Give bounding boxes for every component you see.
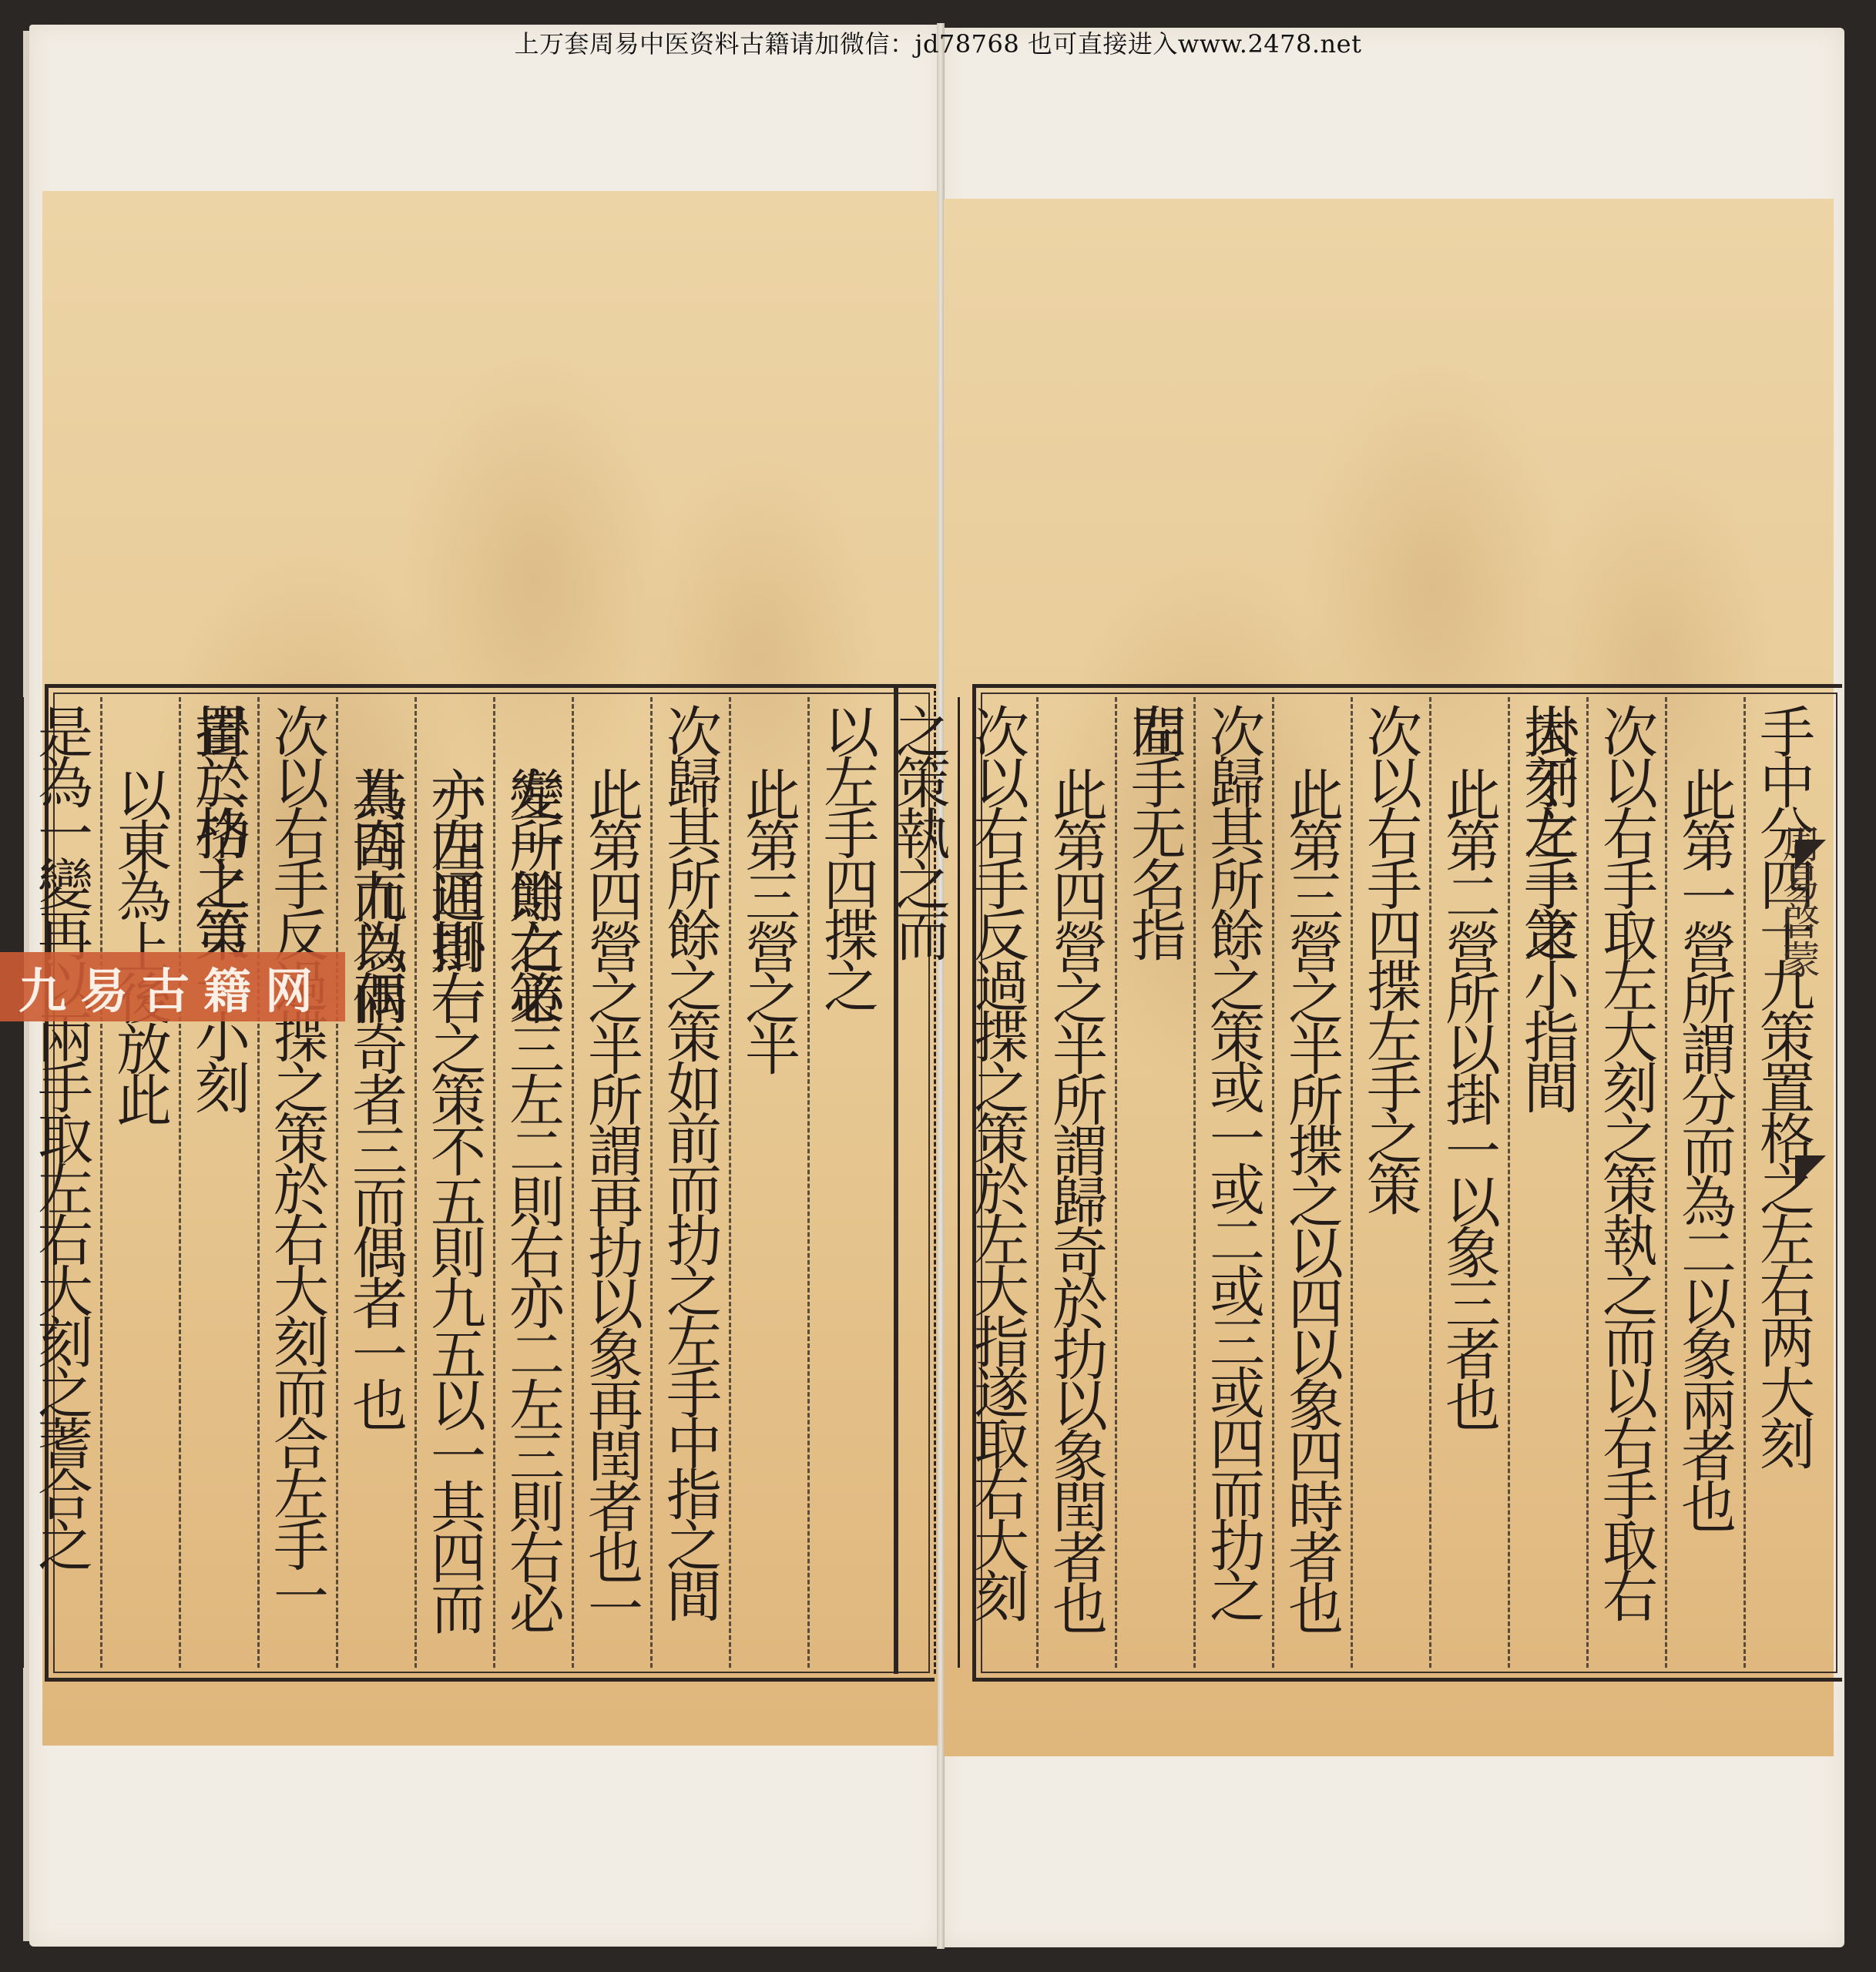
left-page-text: 以左手四揲之 此第三營之半 次歸其所餘之策如前而扐之左手中指之間 此第四營之半所… — [62, 697, 925, 1668]
text-column: 次以右手反過揲之策於左大指遂取右大刻之策執之而 — [958, 697, 1036, 1668]
text-column: 是為一變再以兩手取左右大刻之蓍合之 — [22, 697, 100, 1668]
text-column: 次歸其所餘之策或一或二或三或四而扐之左手无名指 — [1193, 697, 1272, 1668]
text-column: 掛于左手之小指間 — [1508, 697, 1586, 1668]
text-column: 此第三營之半所揲之以四以象四時者也 — [1272, 697, 1351, 1668]
book-spread: 手中分四十九策置格之左右两大刻 此第一營所謂分而為二以象兩者也 次以右手取左大刻… — [0, 0, 1876, 1972]
text-column: 次歸其所餘之策如前而扐之左手中指之間 — [650, 697, 729, 1668]
fishtail-mark — [1795, 1155, 1826, 1186]
watermark-top-text: 上万套周易中医资料古籍请加微信：jd78768 也可直接进入www.2478.n… — [0, 25, 1876, 60]
text-column: 間 — [1115, 697, 1193, 1668]
text-column: 次以右手反過揲之策於右大刻而合左手一掛二扐之策 — [257, 697, 336, 1668]
text-column: 此第一營所謂分而為二以象兩者也 — [1665, 697, 1743, 1668]
fishtail-mark — [1795, 840, 1826, 870]
text-column: 此第二營所以掛一以象三者也 — [1429, 697, 1508, 1668]
text-column: 以東為上後放此 — [100, 697, 179, 1668]
right-page-text: 手中分四十九策置格之左右两大刻 此第一營所謂分而為二以象兩者也 次以右手取左大刻… — [990, 697, 1822, 1668]
text-column: 左一則右必三左二則右亦二左三則右必一左四則右 — [493, 697, 572, 1668]
watermark-banner: 九易古籍网 — [0, 952, 345, 1021]
text-column: 次以右手四揲左手之策 — [1351, 697, 1429, 1668]
text-column: 其四而為偶奇者三而偶者一也 — [336, 697, 414, 1668]
text-column: 亦四通掛一之策不五則九五以一其四而為奇九以兩 — [414, 697, 493, 1668]
text-column: 置於格上第一小刻 — [179, 697, 257, 1668]
text-column: 以左手四揲之 — [807, 697, 886, 1668]
text-column: 此第三營之半 — [729, 697, 807, 1668]
banxin-title: 周易啓蒙 — [1795, 824, 1826, 1363]
text-column: 此第四營之半所謂歸奇於扐以象閏者也 — [1036, 697, 1115, 1668]
text-column: 次以右手取左大刻之策執之而以右手取右大刻之一策 — [1586, 697, 1665, 1668]
text-column: 此第四營之半所謂再扐以象再閏者也一變所餘之策 — [572, 697, 650, 1668]
